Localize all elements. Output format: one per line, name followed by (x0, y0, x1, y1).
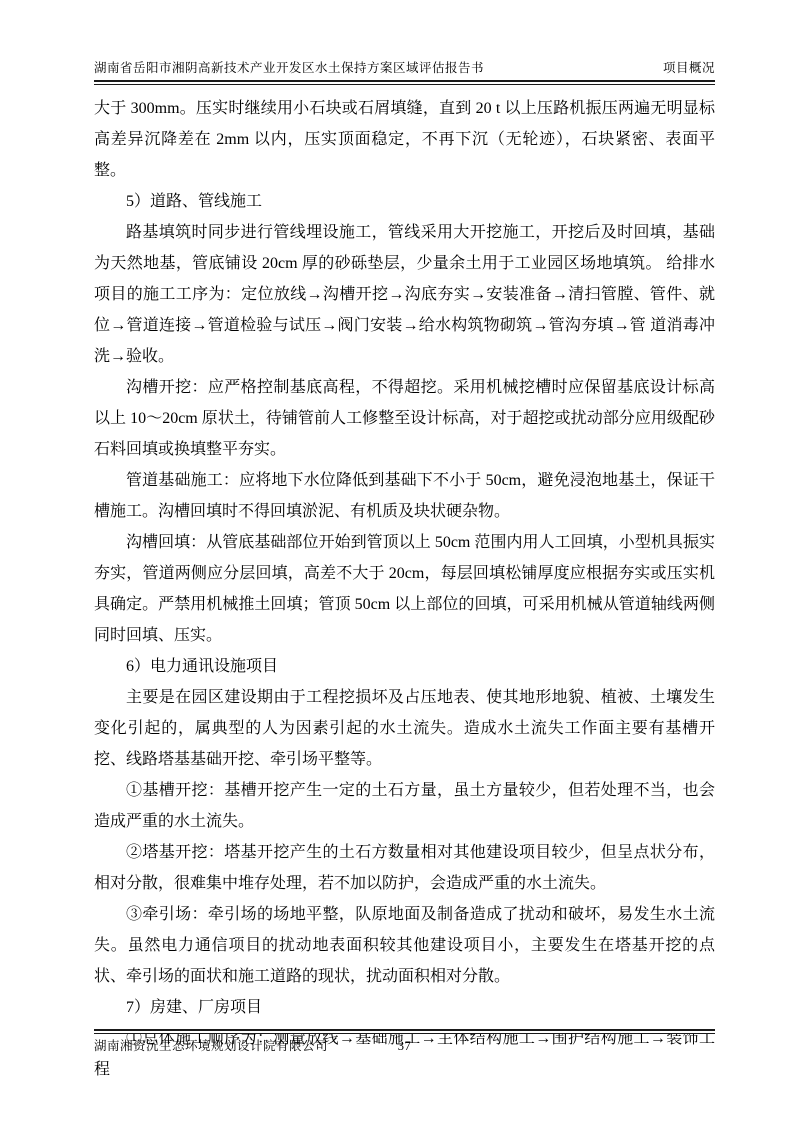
paragraph: ②塔基开挖：塔基开挖产生的土石方数量相对其他建设项目较少，但呈点状分布，相对分散… (94, 837, 715, 899)
page-footer: 湖南湘资沅生态环境规划设计院有限公司 37 (94, 1029, 715, 1055)
header-divider (94, 80, 715, 85)
paragraph: 沟槽开挖：应严格控制基底高程，不得超挖。采用机械挖槽时应保留基底设计标高以上 1… (94, 372, 715, 465)
page-header: 湖南省岳阳市湘阴高新技术产业开发区水土保持方案区域评估报告书 项目概况 (94, 0, 715, 85)
paragraph: 主要是在园区建设期由于工程挖损坏及占压地表、使其地形地貌、植被、土壤发生变化引起… (94, 682, 715, 775)
header-report-title: 湖南省岳阳市湘阴高新技术产业开发区水土保持方案区域评估报告书 (94, 60, 484, 77)
document-page: 湖南省岳阳市湘阴高新技术产业开发区水土保持方案区域评估报告书 项目概况 大于 3… (0, 0, 793, 1122)
paragraph: 路基填筑时同步进行管线埋设施工，管线采用大开挖施工，开挖后及时回填，基础为天然地… (94, 217, 715, 372)
footer-page-number: 37 (94, 1038, 715, 1055)
paragraph: ①基槽开挖：基槽开挖产生一定的土石方量，虽土方量较少，但若处理不当，也会造成严重… (94, 775, 715, 837)
paragraph-continuation: 大于 300mm。压实时继续用小石块或石屑填缝，直到 20 t 以上压路机振压两… (94, 93, 715, 186)
document-body: 大于 300mm。压实时继续用小石块或石屑填缝，直到 20 t 以上压路机振压两… (94, 93, 715, 1085)
header-chapter-title: 项目概况 (663, 60, 715, 77)
paragraph: 管道基础施工：应将地下水位降低到基础下不小于 50cm，避免浸泡地基土，保证干槽… (94, 465, 715, 527)
section-heading-5: 5）道路、管线施工 (94, 186, 715, 217)
paragraph: ③牵引场：牵引场的场地平整，队原地面及制备造成了扰动和破坏，易发生水土流失。虽然… (94, 899, 715, 992)
footer-divider (94, 1029, 715, 1034)
section-heading-6: 6）电力通讯设施项目 (94, 651, 715, 682)
paragraph: 沟槽回填：从管底基础部位开始到管顶以上 50cm 范围内用人工回填，小型机具振实… (94, 527, 715, 651)
section-heading-7: 7）房建、厂房项目 (94, 992, 715, 1023)
